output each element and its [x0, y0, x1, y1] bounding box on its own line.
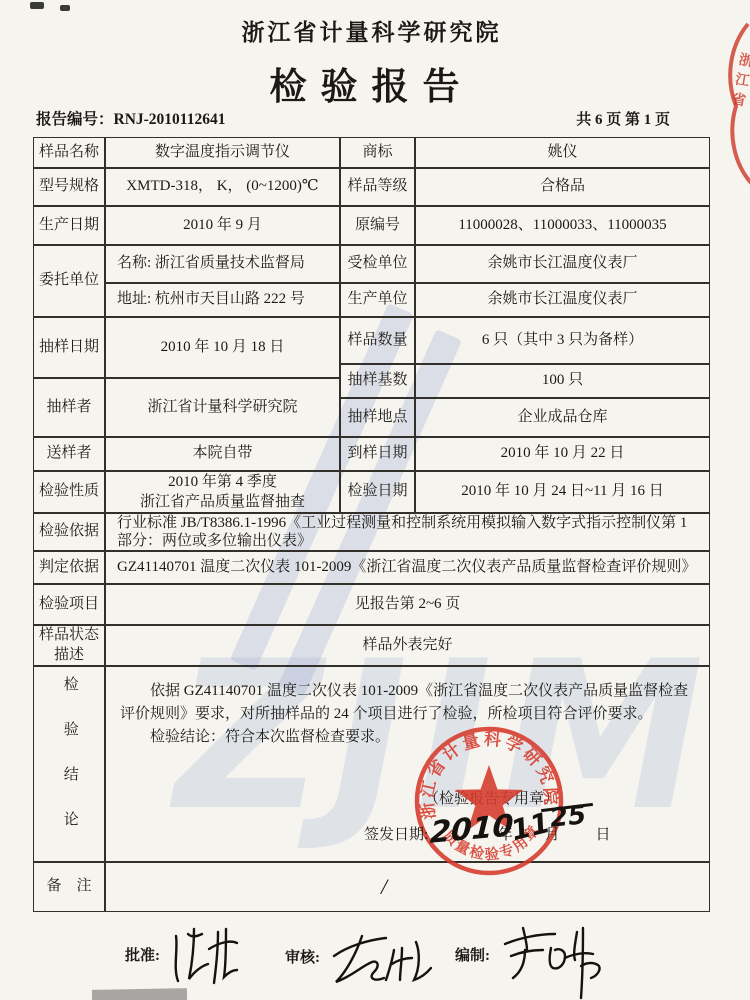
page-count: 共 6 页 第 1 页	[560, 108, 670, 129]
scan-speck	[60, 5, 70, 11]
nature-line2: 浙江省产品质量监督抽查	[140, 492, 305, 512]
sender-label: 送样者	[33, 437, 105, 471]
trademark-label: 商标	[340, 137, 415, 168]
state-label: 样品状态描述	[33, 625, 105, 666]
inspected-unit-label: 受检单位	[340, 245, 415, 283]
grade-value: 合格品	[415, 168, 710, 206]
producer-value: 余姚市长江温度仪表厂	[415, 283, 710, 317]
review-label: 审核:	[285, 946, 320, 967]
base-qty-label: 抽样基数	[340, 364, 415, 398]
remark-slash: /	[381, 873, 387, 902]
arrival-date-value: 2010 年 10 月 22 日	[415, 437, 710, 471]
organization-title: 浙江省计量科学研究院	[33, 14, 710, 47]
prod-date-value: 2010 年 9 月	[105, 206, 340, 245]
sample-name-value: 数字温度指示调节仪	[105, 137, 340, 168]
state-value: 样品外表完好	[105, 625, 710, 666]
client-addr-value: 地址: 杭州市天目山路 222 号	[105, 283, 340, 317]
conclusion-label-text: 检验结论	[59, 672, 79, 856]
remark-value: /	[105, 862, 710, 912]
items-value: 见报告第 2~6 页	[105, 584, 710, 625]
sender-value: 本院自带	[105, 437, 340, 471]
sampler-value: 浙江省计量科学研究院	[105, 378, 340, 437]
inspection-stamp-seal: 浙江省计量科学研究院 质量检验专用章	[410, 722, 568, 880]
grade-label: 样品等级	[340, 168, 415, 206]
nature-label: 检验性质	[33, 471, 105, 513]
model-value: XMTD-318， K， (0~1200)℃	[105, 168, 340, 206]
prepare-signature	[495, 922, 615, 1000]
remark-label: 备 注	[33, 862, 105, 912]
handwritten-year: 2010	[429, 808, 514, 851]
arrival-date-label: 到样日期	[340, 437, 415, 471]
nature-value: 2010 年第 4 季度 浙江省产品质量监督抽查	[105, 471, 340, 513]
report-number: 报告编号：RNJ-2010112641	[36, 107, 225, 129]
scan-speck	[30, 2, 44, 9]
judge-value: GZ41140701 温度二次仪表 101-2009《浙江省温度二次仪表产品质量…	[105, 551, 710, 584]
document-title: 检验报告	[33, 56, 710, 110]
client-name-value: 名称: 浙江省质量技术监督局	[105, 245, 340, 283]
client-label: 委托单位	[33, 245, 105, 317]
nature-line1: 2010 年第 4 季度	[168, 472, 277, 492]
sample-qty-label: 样品数量	[340, 317, 415, 364]
approve-label: 批准:	[125, 944, 160, 965]
conclusion-label: 检验结论	[33, 666, 105, 862]
basis-value: 行业标准 JB/T8386.1-1996《工业过程测量和控制系统用模拟输入数字式…	[105, 513, 710, 551]
day-char: 日	[595, 827, 610, 843]
prod-date-label: 生产日期	[33, 206, 105, 245]
base-qty-value: 100 只	[415, 364, 710, 398]
orig-no-value: 11000028、11000033、11000035	[415, 206, 710, 245]
sampler-label: 抽样者	[33, 378, 105, 437]
sampling-date-value: 2010 年 10 月 18 日	[105, 317, 340, 378]
producer-label: 生产单位	[340, 283, 415, 317]
orig-no-label: 原编号	[340, 206, 415, 245]
review-signature	[328, 928, 438, 988]
sampling-place-value: 企业成品仓库	[415, 398, 710, 437]
sampling-date-label: 抽样日期	[33, 317, 105, 378]
insp-date-label: 检验日期	[340, 471, 415, 513]
trademark-value: 姚仪	[415, 137, 710, 168]
insp-date-value: 2010 年 10 月 24 日~11 月 16 日	[415, 471, 710, 513]
items-label: 检验项目	[33, 584, 105, 625]
prepare-label: 编制:	[455, 944, 490, 965]
inspected-unit-value: 余姚市长江温度仪表厂	[415, 245, 710, 283]
judge-label: 判定依据	[33, 551, 105, 584]
sampling-place-label: 抽样地点	[340, 398, 415, 437]
basis-label: 检验依据	[33, 513, 105, 551]
conclusion-paragraph: 依据 GZ41140701 温度二次仪表 101-2009《浙江省温度二次仪表产…	[106, 680, 709, 726]
sample-qty-value: 6 只（其中 3 只为备样）	[415, 317, 710, 364]
approve-signature	[168, 924, 248, 990]
inspection-report-page: ZJIM 浙江省计量科学研究院 检验报告 报告编号：RNJ-2010112641…	[0, 0, 750, 1000]
conclusion-result: 检验结论：符合本次监督检查要求。	[106, 726, 404, 749]
model-label: 型号规格	[33, 168, 105, 206]
sign-date-label: 签发日期:	[364, 827, 428, 843]
sample-name-label: 样品名称	[33, 137, 105, 168]
